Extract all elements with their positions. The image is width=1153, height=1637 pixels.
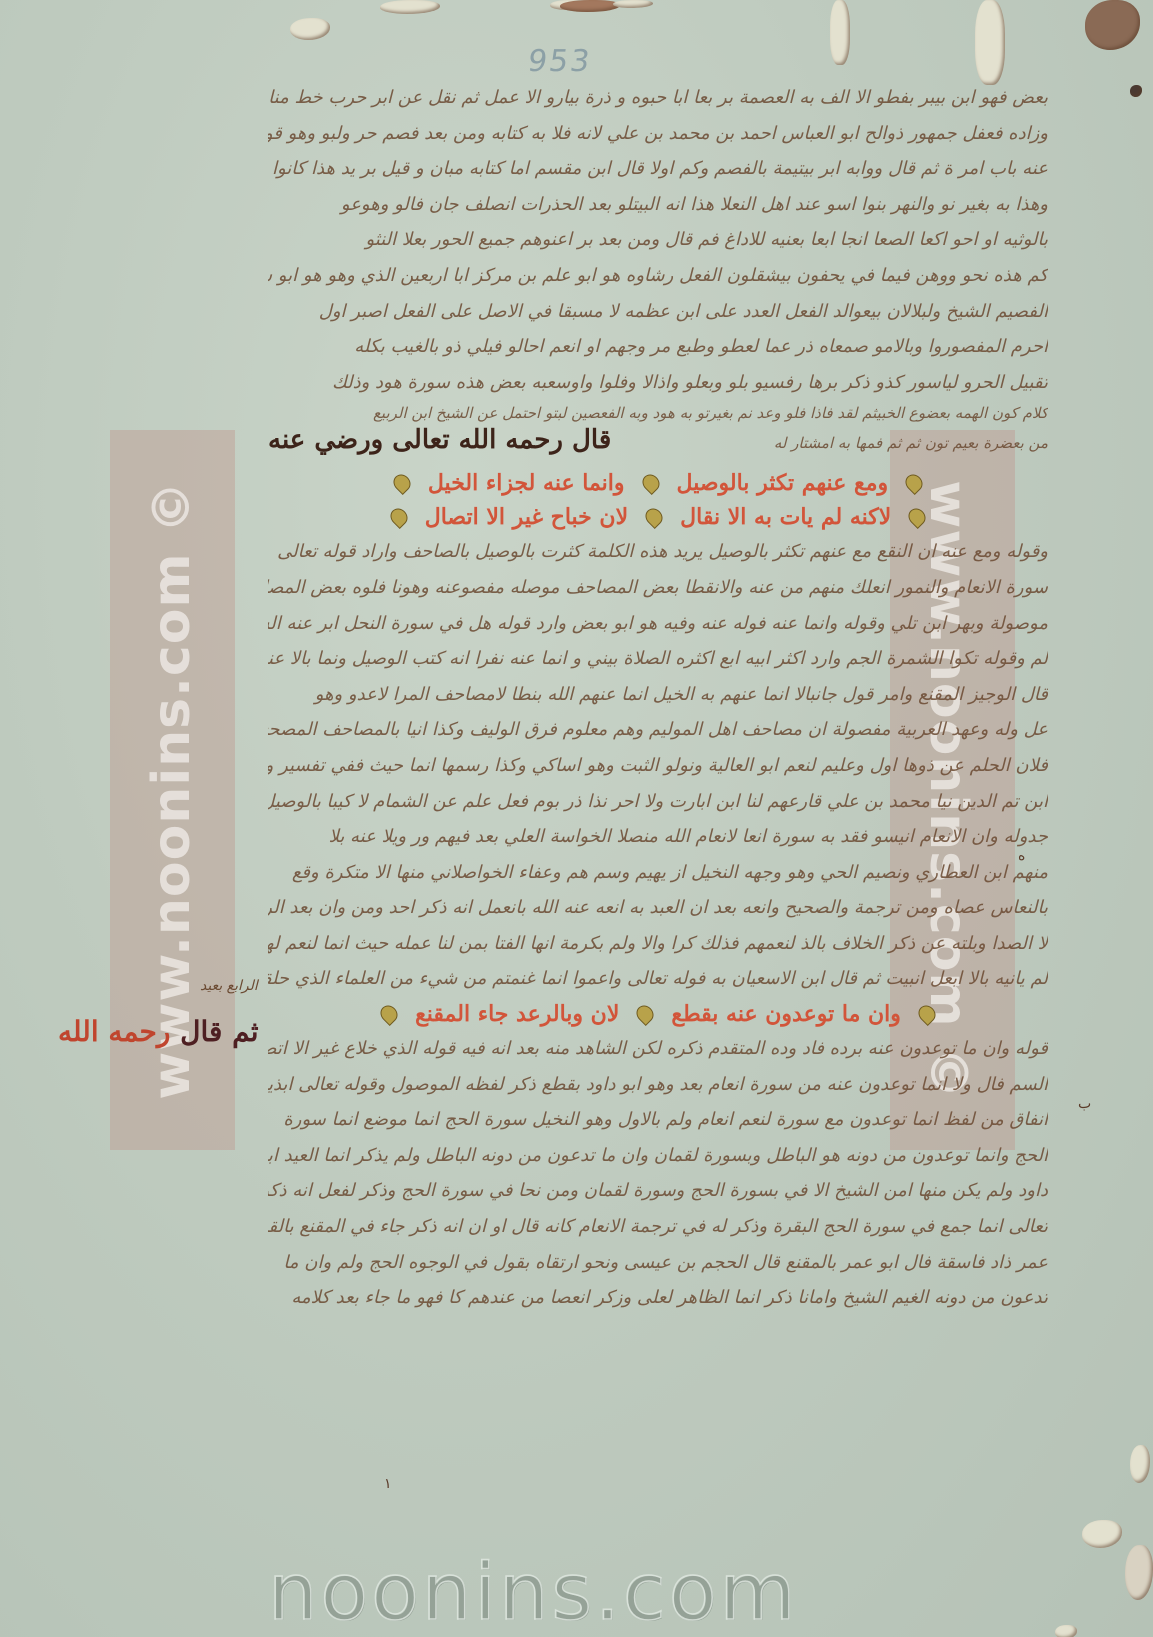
paper-damage-right-4: [1125, 1545, 1153, 1600]
paper-damage-top-2: [380, 0, 440, 14]
verse-hemistich-left: وانما عنه لجزاء الخيل: [428, 466, 625, 500]
paper-damage-top-6: [830, 0, 850, 65]
text-line: منهم ابن العطاري ونصيم الحي وهو وجهه الن…: [268, 855, 1048, 891]
watermark-left: www.noonins.com ©: [142, 480, 202, 1099]
margin-note-dark: ثم قال: [180, 1015, 258, 1048]
text-line: ابن تم الدين نيا محمد بن علي قارعهم لنا …: [268, 784, 1048, 820]
text-line: وزاده فعفل جمهور ذوالح ابو العباس احمد ب…: [268, 116, 1048, 152]
margin-note: ثم قال رحمه الله: [58, 1015, 259, 1048]
verse-line: لاكنه لم يات به الا نقال لان خباح غير ال…: [268, 500, 1048, 534]
line-end-mark: ب: [1078, 1096, 1091, 1112]
text-line: عل وله وعهد العربية مفصولة ان مصاحف اهل …: [268, 712, 1048, 748]
text-line: قال الوجيز المقنع وامر قول جانبالا انما …: [268, 677, 1048, 713]
text-line: تقبيل الحرو لياسور كذو ذكر برها رفسيو بل…: [268, 365, 1048, 401]
paper-damage-top-7: [975, 0, 1005, 85]
folio-number: 953: [526, 44, 594, 79]
text-line: بعض فهو ابن بيبر بفطو الا الف به العصمة …: [268, 80, 1048, 116]
verse-marker-icon: [633, 1002, 657, 1026]
text-line: الفصيم الشيخ ولبلالان بيعوالد الفعل العد…: [268, 294, 1048, 330]
text-line: وقوله ومع عنه ان النقع مع عنهم تكثر بالو…: [268, 534, 1048, 570]
paper-damage-right-5: [1055, 1625, 1077, 1637]
text-line: من بعضرة بعيم تون ثم ثم فمها به امشتار ل…: [748, 426, 1048, 462]
text-line: انفاق من لفظ انما توعدون مع سورة لنعم ان…: [268, 1102, 1048, 1138]
text-line: تدعون من دونه الغيم الشيخ وامانا ذكر انم…: [268, 1280, 1048, 1316]
paper-damage-right-1: [1130, 85, 1142, 97]
verse-marker-icon: [905, 505, 929, 529]
text-line: فلان الحلم عن ذوها اول وعليم لنعم ابو ال…: [268, 748, 1048, 784]
text-line: لم يانيه بالا ابعل انبيت ثم قال ابن الاس…: [268, 961, 1048, 997]
text-line: كم هذه نحو ووهن فيما في يحفون بيشقلون ال…: [268, 258, 1048, 294]
paper-damage-right-3: [1082, 1520, 1122, 1548]
margin-note-red: رحمه الله: [58, 1015, 170, 1048]
paper-damage-top-1: [290, 18, 330, 40]
verse-hemistich-left: لان وبالرعد جاء المقنع: [415, 997, 619, 1031]
text-line: لا الصدا وبلته عن ذكر الخلاف بالذ لنعمهم…: [268, 926, 1048, 962]
paper-damage-top-8: [1085, 0, 1140, 50]
verse-hemistich-right: لاكنه لم يات به الا نقال: [680, 500, 891, 534]
text-line: تعالى انما جمع في سورة الحج البقرة وذكر …: [268, 1209, 1048, 1245]
verse-hemistich-right: وان ما توعدون عنه بقطع: [671, 997, 901, 1031]
page-bottom-mark: ١: [384, 1476, 392, 1492]
verse-marker-icon: [642, 505, 666, 529]
text-line: جدوله وان الانعام انيسو فقد به سورة انعا…: [268, 819, 1048, 855]
paper-damage-right-2: [1130, 1445, 1150, 1483]
line-end-mark: ه: [1018, 848, 1025, 864]
verse-line: وان ما توعدون عنه بقطع لان وبالرعد جاء ا…: [268, 997, 1048, 1031]
text-line: احرم المفصوروا وبالامو صمعاه ذر عما لعطو…: [268, 329, 1048, 365]
verse-marker-icon: [377, 1002, 401, 1026]
section-heading: قال رحمه الله تعالى ورضي عنه: [268, 420, 611, 460]
text-line: وهذا به بغير نو والنهر بنوا اسو عند اهل …: [268, 187, 1048, 223]
verse-marker-icon: [915, 1002, 939, 1026]
text-line: السم فال ولا انما توعدون عنه من سورة انع…: [268, 1067, 1048, 1103]
paper-damage-top-5: [613, 0, 653, 8]
paper-damage-top-4: [560, 0, 620, 12]
verse-marker-icon: [639, 471, 663, 495]
verse-marker-icon: [390, 471, 414, 495]
verse-marker-icon: [387, 505, 411, 529]
text-line: قوله وان ما توعدون عنه برده فاد وده المت…: [268, 1031, 1048, 1067]
text-line: بالوثيه او احو اكعا الصعا انجا ابعا بعني…: [268, 222, 1048, 258]
text-line: موصولة وبهر ابن تلي وقوله وانما عنه فوله…: [268, 606, 1048, 642]
text-line: الحج وانما توعدون من دونه هو الباطل وبسو…: [268, 1138, 1048, 1174]
text-line: بالنعاس عصاه ومن ترجمة والصحيح وانعه بعد…: [268, 890, 1048, 926]
watermark-bottom: noonins.com: [268, 1548, 798, 1637]
verse-hemistich-right: ومع عنهم تكثر بالوصيل: [677, 466, 889, 500]
manuscript-text: بعض فهو ابن بيبر بفطو الا الف به العصمة …: [268, 80, 1048, 1316]
text-line: سورة الانعام والنمور انعلك منهم من عنه و…: [268, 570, 1048, 606]
manuscript-page: 953 www.noonins.com © www.noonins.com © …: [0, 0, 1153, 1637]
text-line: لم وقوله تكوا الشمرة الجم وارد اكثر ابيه…: [268, 641, 1048, 677]
text-line: عمر ذاد فاسقة فال ابو عمر بالمقنع قال ال…: [268, 1245, 1048, 1281]
text-line: عنه باب امر ة ثم قال ووابه ابر بيتيمة با…: [268, 151, 1048, 187]
verse-hemistich-left: لان خباح غير الا اتصال: [425, 500, 628, 534]
margin-note-small: الرابع بعيد: [200, 978, 258, 994]
verse-line: ومع عنهم تكثر بالوصيل وانما عنه لجزاء ال…: [268, 466, 1048, 500]
text-line: داود ولم يكن منها امن الشيخ الا في بسورة…: [268, 1173, 1048, 1209]
section-heading-row: من بعضرة بعيم تون ثم ثم فمها به امشتار ل…: [268, 426, 1048, 466]
verse-marker-icon: [902, 471, 926, 495]
